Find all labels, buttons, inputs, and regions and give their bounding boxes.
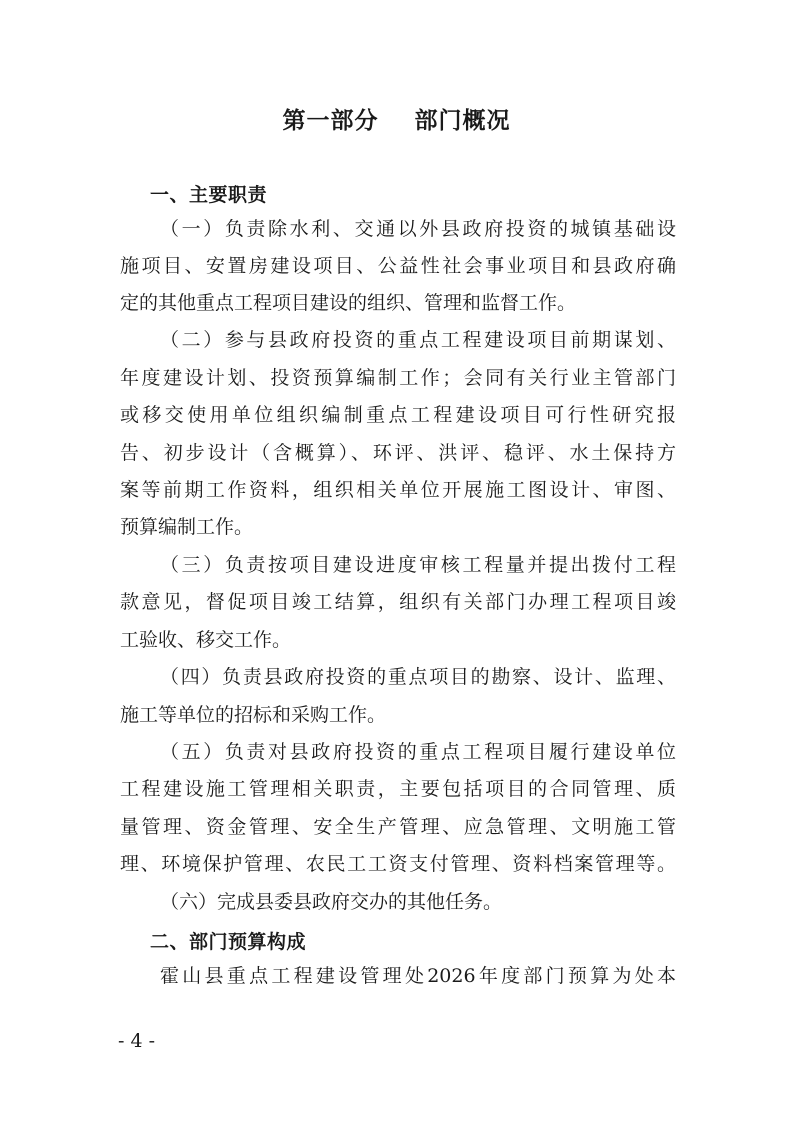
- paragraph-2-line-1: （二）参与县政府投资的重点工程建设项目前期谋划、: [160, 328, 676, 352]
- paragraph-2-line-3: 或移交使用单位组织编制重点工程建设项目可行性研究报: [120, 403, 676, 427]
- paragraph-4-line-2: 施工等单位的招标和采购工作。: [120, 703, 676, 727]
- paragraph-2-line-6: 预算编制工作。: [120, 515, 676, 539]
- paragraph-5-line-4: 理、环境保护管理、农民工工资支付管理、资料档案管理等。: [120, 852, 676, 876]
- paragraph-1-line-3: 定的其他重点工程项目建设的组织、管理和监督工作。: [120, 291, 676, 315]
- budget-paragraph-line-1: 霍山县重点工程建设管理处2026年度部门预算为处本: [160, 964, 676, 988]
- paragraph-2-line-2: 年度建设计划、投资预算编制工作；会同有关行业主管部门: [120, 366, 676, 390]
- paragraph-5-line-3: 量管理、资金管理、安全生产管理、应急管理、文明施工管: [120, 815, 676, 839]
- paragraph-1-line-1: （一）负责除水利、交通以外县政府投资的城镇基础设: [160, 217, 676, 241]
- paragraph-2-line-4: 告、初步设计（含概算）、环评、洪评、稳评、水土保持方: [120, 441, 676, 465]
- paragraph-5-line-1: （五）负责对县政府投资的重点工程项目履行建设单位: [160, 740, 676, 764]
- page-number: - 4 -: [118, 1030, 155, 1052]
- paragraph-3-line-1: （三）负责按项目建设进度审核工程量并提出拨付工程: [160, 553, 676, 577]
- section-heading-budget-composition: 二、部门预算构成: [150, 927, 306, 954]
- paragraph-2-line-5: 案等前期工作资料，组织相关单位开展施工图设计、审图、: [120, 478, 676, 502]
- paragraph-6-line-1: （六）完成县委县政府交办的其他任务。: [160, 890, 676, 914]
- paragraph-3-line-3: 工验收、移交工作。: [120, 628, 676, 652]
- page-title: 第一部分 部门概况: [0, 102, 793, 135]
- document-page: 第一部分 部门概况 一、主要职责 （一）负责除水利、交通以外县政府投资的城镇基础…: [0, 0, 793, 1122]
- paragraph-3-line-2: 款意见，督促项目竣工结算，组织有关部门办理工程项目竣: [120, 590, 676, 614]
- section-heading-main-duties: 一、主要职责: [150, 180, 267, 207]
- paragraph-1-line-2: 施项目、安置房建设项目、公益性社会事业项目和县政府确: [120, 254, 676, 278]
- paragraph-4-line-1: （四）负责县政府投资的重点项目的勘察、设计、监理、: [160, 665, 676, 689]
- paragraph-5-line-2: 工程建设施工管理相关职责，主要包括项目的合同管理、质: [120, 777, 676, 801]
